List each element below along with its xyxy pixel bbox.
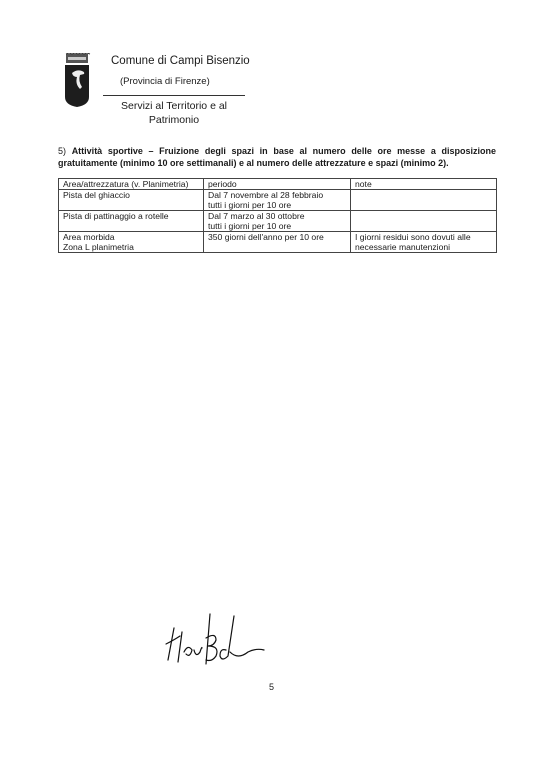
section-paragraph: 5) Attività sportive – Fruizione degli s… xyxy=(58,146,496,169)
cell-periodo: Dal 7 novembre al 28 febbraiotutti i gio… xyxy=(204,190,351,211)
cell-area: Pista di pattinaggio a rotelle xyxy=(59,211,204,232)
table-header-row: Area/attrezzatura (v. Planimetria) perio… xyxy=(59,179,497,190)
header-divider xyxy=(103,95,245,96)
cell-note: I giorni residui sono dovuti allenecessa… xyxy=(351,232,497,253)
department-name: Servizi al Territorio e al Patrimonio xyxy=(103,99,245,127)
province-name: (Provincia di Firenze) xyxy=(120,76,210,87)
column-header: note xyxy=(351,179,497,190)
column-header: periodo xyxy=(204,179,351,190)
section-number: 5) xyxy=(58,146,66,156)
department-line-2: Patrimonio xyxy=(103,113,245,127)
column-header: Area/attrezzatura (v. Planimetria) xyxy=(59,179,204,190)
department-line-1: Servizi al Territorio e al xyxy=(103,99,245,113)
handwritten-signature-icon xyxy=(160,610,270,670)
table-row: Pista di pattinaggio a rotelleDal 7 marz… xyxy=(59,211,497,232)
cell-area: Area morbidaZona L planimetria xyxy=(59,232,204,253)
cell-periodo: 350 giorni dell'anno per 10 ore xyxy=(204,232,351,253)
facilities-table: Area/attrezzatura (v. Planimetria) perio… xyxy=(58,178,497,253)
municipal-coat-of-arms-icon xyxy=(63,53,91,107)
table-row: Pista del ghiaccioDal 7 novembre al 28 f… xyxy=(59,190,497,211)
cell-periodo: Dal 7 marzo al 30 ottobretutti i giorni … xyxy=(204,211,351,232)
table-row: Area morbidaZona L planimetria350 giorni… xyxy=(59,232,497,253)
cell-area: Pista del ghiaccio xyxy=(59,190,204,211)
municipality-name: Comune di Campi Bisenzio xyxy=(111,55,250,67)
cell-note xyxy=(351,190,497,211)
cell-note xyxy=(351,211,497,232)
section-heading: Attività sportive – Fruizione degli spaz… xyxy=(58,146,496,168)
page-number: 5 xyxy=(269,682,274,692)
